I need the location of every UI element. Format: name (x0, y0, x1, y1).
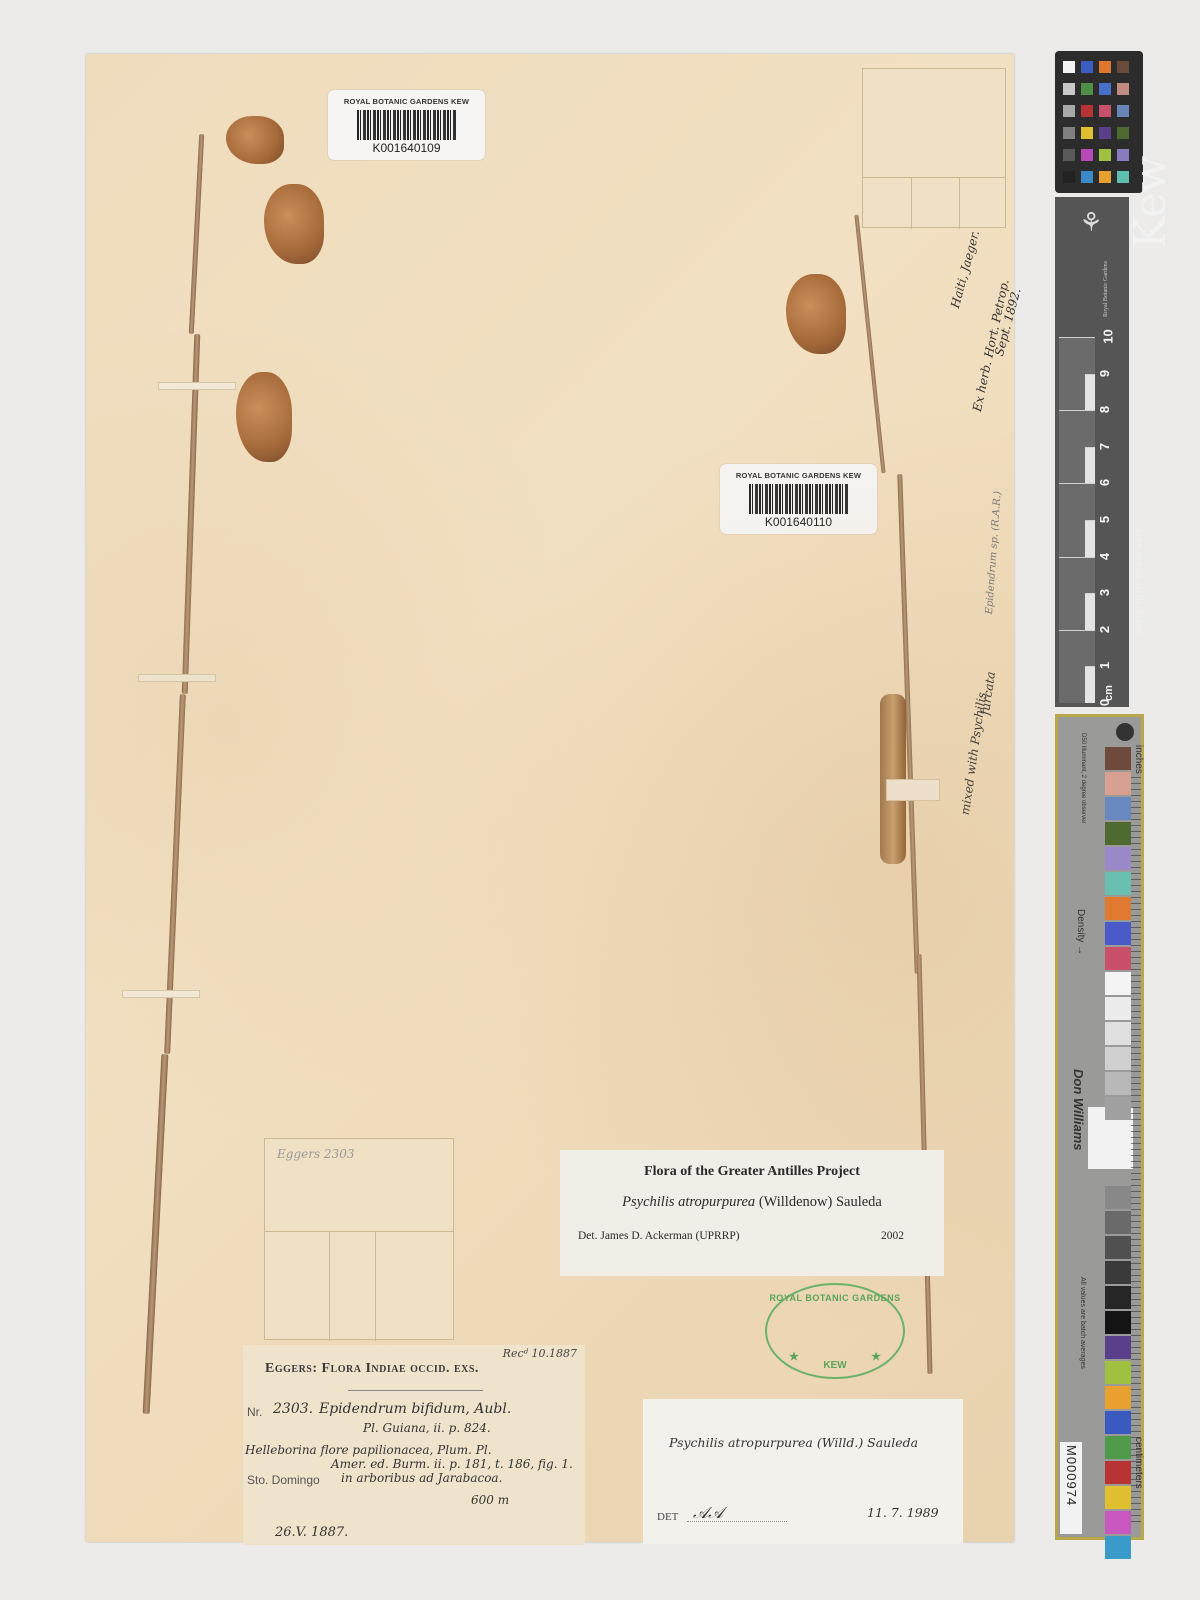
color-patch (1105, 797, 1131, 820)
plant-stem-left (143, 1054, 169, 1414)
cm-tick-label: 4 (1097, 552, 1112, 559)
collection-header: Eggers: Flora Indiae occid. exs. (265, 1361, 479, 1377)
color-swatch (1063, 83, 1075, 95)
color-swatch (1117, 61, 1129, 73)
color-patch (1105, 1486, 1131, 1509)
nr-prefix: Nr. (247, 1405, 262, 1419)
taxon-name-handwritten: Epidendrum bifidum, Aubl. (319, 1401, 511, 1417)
tick-marks (1131, 777, 1141, 1527)
plant-stem-left (189, 134, 204, 334)
color-patch (1105, 1097, 1131, 1120)
reference-line: Pl. Guiana, ii. p. 824. (363, 1421, 491, 1435)
kew-logo: Kew (1125, 157, 1176, 249)
elevation: 600 m (471, 1493, 509, 1507)
cm-tick-label: 5 (1097, 516, 1112, 523)
cm-segment (1085, 593, 1095, 630)
cm-segment (1059, 410, 1095, 447)
taxon-name: Psychilis atropurpurea (Willdenow) Saule… (560, 1194, 944, 1211)
color-patch (1105, 872, 1131, 895)
determination-label-fgap: Flora of the Greater Antilles Project Ps… (560, 1150, 944, 1276)
color-swatch (1081, 149, 1093, 161)
color-swatch (1081, 171, 1093, 183)
color-patch (1105, 1536, 1131, 1559)
color-swatch (1099, 149, 1111, 161)
color-patch (1105, 1411, 1131, 1434)
color-patch (1105, 1286, 1131, 1309)
color-patch (1105, 1211, 1131, 1234)
mounting-strap (138, 674, 216, 682)
kew-crest-icon: ⚘ (1069, 205, 1113, 241)
card-id-label: M000974 (1060, 1442, 1082, 1534)
cm-tick-label: 10 (1101, 329, 1116, 343)
cm-segment (1085, 520, 1095, 557)
kew-subtitle: Royal Botanic Gardens (1103, 261, 1109, 317)
fragment-packet: Eggers 2303 (264, 1138, 454, 1340)
inches-label: inches (1133, 745, 1144, 774)
packet-note: Eggers 2303 (277, 1147, 354, 1161)
cm-segment (1085, 447, 1095, 484)
cm-tick-label: 9 (1097, 369, 1112, 376)
barcode-bars (749, 484, 849, 514)
collector-note: Haiti, Jaeger. (948, 229, 982, 310)
density-label: Density → (1075, 909, 1086, 955)
color-swatch (1099, 61, 1111, 73)
collection-date: 26.V. 1887. (275, 1525, 348, 1540)
color-swatch (1081, 61, 1093, 73)
kew-scale-ruler: ⚘ Royal Botanic Gardens Kew copyright re… (1055, 197, 1129, 707)
project-title: Flora of the Greater Antilles Project (560, 1164, 944, 1180)
color-swatch (1117, 83, 1129, 95)
color-swatch (1117, 105, 1129, 117)
barcode-institution: ROYAL BOTANIC GARDENS KEW (328, 97, 485, 106)
plant-stem-left (164, 694, 186, 1054)
color-swatch (1081, 83, 1093, 95)
cm-segment (1059, 483, 1095, 520)
color-patch (1105, 1361, 1131, 1384)
cm-tick-label: 2 (1097, 626, 1112, 633)
color-target-card: inches D50 Illuminant, 2 degree observer… (1055, 714, 1144, 1540)
color-swatch (1099, 171, 1111, 183)
color-patch (1105, 1336, 1131, 1359)
synonym-line: Helleborina flore papilionacea, Plum. Pl… (245, 1443, 492, 1457)
color-patch (1105, 847, 1131, 870)
color-patch (1105, 947, 1131, 970)
color-patch (1105, 1261, 1131, 1284)
dried-flower (236, 372, 292, 462)
cm-segment (1085, 374, 1095, 411)
illuminant-note: D50 Illuminant, 2 degree observer (1080, 733, 1086, 823)
color-swatch (1099, 127, 1111, 139)
color-patch (1105, 822, 1131, 845)
received-stamp: Recᵈ 10.1887 (503, 1347, 577, 1360)
barcode-number: K001640109 (328, 141, 485, 155)
color-patch (1105, 1311, 1131, 1334)
dried-flower (226, 116, 284, 164)
mounting-strap (158, 382, 236, 390)
color-swatch (1063, 127, 1075, 139)
cm-tick-label: 8 (1097, 406, 1112, 413)
kew-stamp: ROYAL BOTANIC GARDENS ★ ★ KEW (765, 1283, 905, 1379)
barcode-label-1: ROYAL BOTANIC GARDENS KEW K001640109 (328, 90, 485, 160)
cm-segment (1059, 630, 1095, 667)
color-swatch (1063, 61, 1075, 73)
fragment-packet-top (862, 68, 1006, 228)
color-patch (1105, 997, 1131, 1020)
barcode-institution: ROYAL BOTANIC GARDENS KEW (720, 471, 877, 480)
color-swatch (1081, 127, 1093, 139)
barcode-label-2: ROYAL BOTANIC GARDENS KEW K001640110 (720, 464, 877, 534)
cm-tick-label: 3 (1097, 589, 1112, 596)
cm-segment (1085, 666, 1095, 703)
collector-label-eggers: Recᵈ 10.1887 Eggers: Flora Indiae occid.… (243, 1345, 585, 1545)
color-swatch (1063, 171, 1075, 183)
color-patch (1105, 1047, 1131, 1070)
mounting-strap (122, 990, 200, 998)
color-swatch (1063, 105, 1075, 117)
determination-slip: Psychilis atropurpurea (Willd.) Sauleda … (643, 1399, 963, 1544)
color-patch (1105, 897, 1131, 920)
cm-tick-label: 1 (1097, 662, 1112, 669)
determiner-line: Det. James D. Ackerman (UPRRP) 2002 (578, 1230, 904, 1242)
synonym-reference: Amer. ed. Burm. ii. p. 181, t. 186, fig.… (331, 1457, 573, 1471)
color-patch (1105, 1511, 1131, 1534)
cm-tick-label: 6 (1097, 479, 1112, 486)
color-patch (1105, 972, 1131, 995)
color-patch (1105, 1022, 1131, 1045)
unit-label: cm (1103, 685, 1115, 701)
det-prefix: DET (657, 1511, 678, 1523)
dried-flower (264, 184, 324, 264)
color-patch (1105, 1236, 1131, 1259)
color-patch (1105, 1436, 1131, 1459)
cm-scale (1059, 337, 1095, 703)
color-patch (1105, 1461, 1131, 1484)
cm-tick-label: 7 (1097, 443, 1112, 450)
card-hole (1116, 723, 1134, 741)
barcode-bars (357, 110, 457, 140)
color-patch (1105, 747, 1131, 770)
signature: 𝒜𝒜 (693, 1503, 723, 1523)
plant-stem-right (854, 215, 885, 474)
color-patch (1105, 772, 1131, 795)
pencil-det-note: Epidendrum sp. (R.A.R.) (984, 491, 1004, 615)
footnote: All values are batch averages (1079, 1277, 1086, 1369)
det-taxon-handwritten: Psychilis atropurpurea (Willd.) Sauleda (669, 1435, 918, 1450)
cm-segment (1059, 557, 1095, 594)
collection-number: 2303. (273, 1401, 313, 1417)
cm-segment (1059, 337, 1095, 374)
mixed-note-2: furcata (978, 671, 998, 716)
color-swatch (1099, 105, 1111, 117)
color-swatch (1117, 127, 1129, 139)
det-date: 11. 7. 1989 (867, 1505, 939, 1520)
barcode-number: K001640110 (720, 515, 877, 529)
mounting-strap (886, 779, 940, 801)
color-swatch (1063, 149, 1075, 161)
copyright-text: copyright reserved (1131, 529, 1145, 637)
color-patch (1105, 922, 1131, 945)
color-swatch (1099, 83, 1111, 95)
color-patch (1105, 1386, 1131, 1409)
locality-handwritten: in arboribus ad Jarabacoa. (341, 1471, 502, 1485)
locality-prefix: Sto. Domingo (247, 1473, 320, 1487)
color-patch (1105, 1186, 1131, 1209)
dried-flower (786, 274, 846, 354)
color-patch (1105, 1072, 1131, 1095)
brand-label: Don Williams (1071, 1069, 1086, 1151)
color-swatch (1081, 105, 1093, 117)
